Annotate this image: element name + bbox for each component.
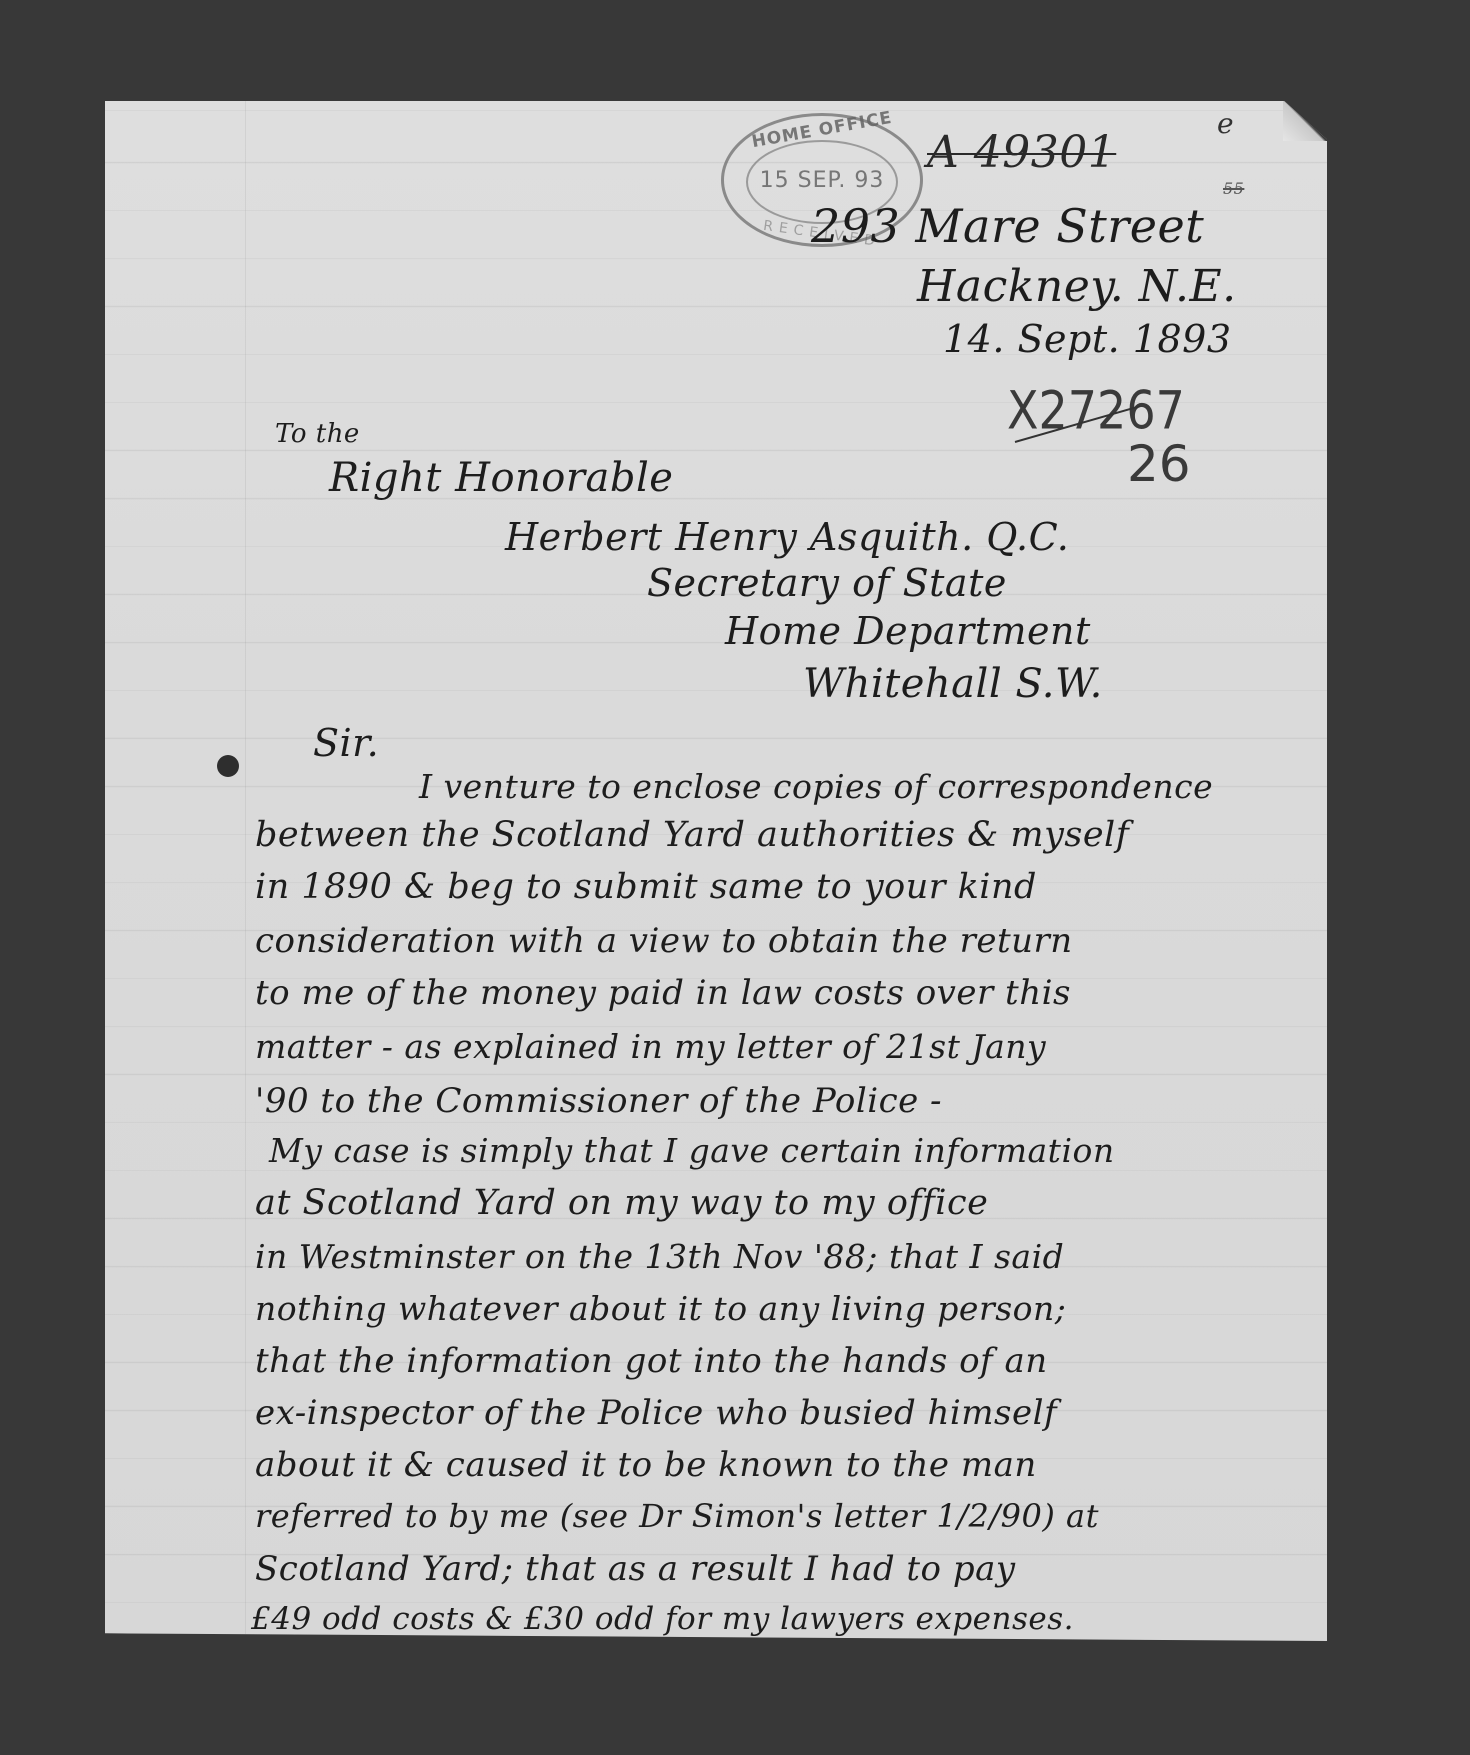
folded-corner xyxy=(1283,101,1327,141)
body-line: about it & caused it to be known to the … xyxy=(255,1445,1037,1485)
body-line: '90 to the Commissioner of the Police - xyxy=(255,1081,942,1121)
body-line: matter - as explained in my letter of 21… xyxy=(255,1027,1046,1066)
body-line: that the information got into the hands … xyxy=(255,1341,1048,1381)
punch-hole xyxy=(217,755,239,777)
struck-reference-suffix: e xyxy=(1217,107,1234,140)
letter-date: 14. Sept. 1893 xyxy=(943,317,1232,361)
body-line: to me of the money paid in law costs ove… xyxy=(255,973,1071,1013)
body-line: £49 odd costs & £30 odd for my lawyers e… xyxy=(251,1601,1074,1637)
letter-page: HOME OFFICE 15 SEP. 93 RECEIVED A 49301 … xyxy=(105,101,1327,1641)
body-line: between the Scotland Yard authorities & … xyxy=(255,815,1129,855)
recipient-name: Herbert Henry Asquith. Q.C. xyxy=(505,515,1069,559)
body-line: consideration with a view to obtain the … xyxy=(255,921,1073,961)
greeting: Sir. xyxy=(313,721,379,765)
recipient-title: Right Honorable xyxy=(329,455,673,501)
recipient-department: Home Department xyxy=(725,609,1091,653)
body-line: I venture to enclose copies of correspon… xyxy=(419,767,1213,806)
struck-reference-sub: 55 xyxy=(1223,179,1244,198)
body-line: nothing whatever about it to any living … xyxy=(255,1289,1066,1328)
body-line: My case is simply that I gave certain in… xyxy=(269,1131,1115,1170)
struck-reference: A 49301 xyxy=(927,127,1116,178)
body-line: referred to by me (see Dr Simon's letter… xyxy=(255,1497,1099,1535)
sender-address-line1: 293 Mare Street xyxy=(811,199,1204,253)
body-line: Scotland Yard; that as a result I had to… xyxy=(255,1549,1016,1589)
recipient-location: Whitehall S.W. xyxy=(803,661,1103,707)
body-line: in Westminster on the 13th Nov '88; that… xyxy=(255,1237,1064,1276)
body-line: at Scotland Yard on my way to my office xyxy=(255,1183,988,1223)
file-reference: X27267 xyxy=(1007,379,1185,441)
recipient-prefix: To the xyxy=(275,419,360,449)
recipient-office: Secretary of State xyxy=(647,561,1007,605)
body-line: in 1890 & beg to submit same to your kin… xyxy=(255,867,1037,907)
body-line: ex-inspector of the Police who busied hi… xyxy=(255,1393,1057,1433)
sender-address-line2: Hackney. N.E. xyxy=(917,261,1237,312)
file-reference-sub: 26 xyxy=(1127,435,1191,493)
struck-reference-number: A 49301 xyxy=(927,127,1116,178)
stamp-date: 15 SEP. 93 xyxy=(724,168,920,193)
margin-line xyxy=(245,101,246,1641)
